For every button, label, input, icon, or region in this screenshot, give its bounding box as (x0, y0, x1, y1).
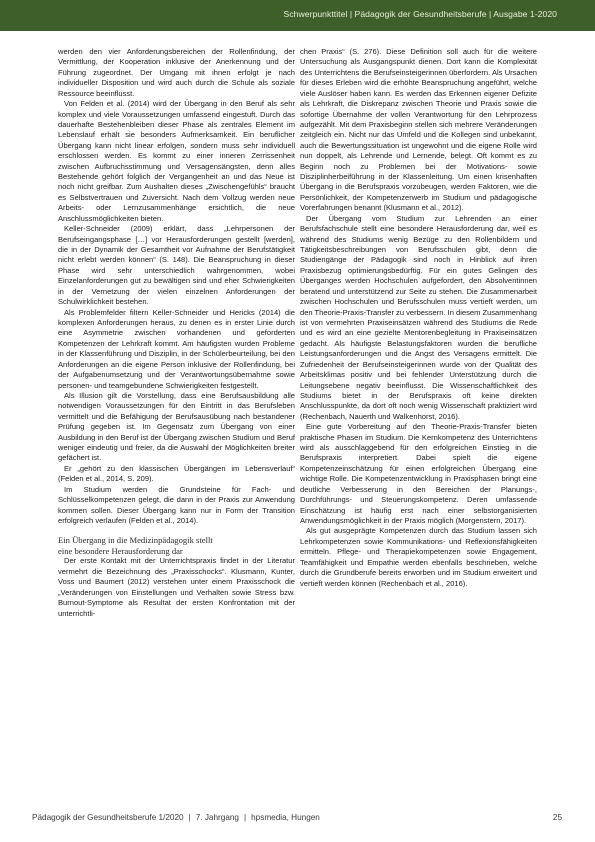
paragraph: Von Felden et al. (2014) wird der Überga… (58, 99, 295, 224)
footer-publisher: hpsmedia, Hungen (251, 813, 320, 822)
footer-separator: | (189, 813, 191, 822)
right-column: chen Praxis“ (S. 276). Diese Definition … (300, 47, 537, 589)
paragraph: Im Studium werden die Grundsteine für Fa… (58, 485, 295, 527)
running-header-title: Schwerpunkttitel | Pädagogik der Gesundh… (284, 9, 557, 19)
paragraph: Der erste Kontakt mit der Unterrichtspra… (58, 556, 295, 619)
left-column: werden den vier Anforderungsbereichen de… (58, 47, 295, 619)
subheading-line: eine besondere Herausforderung dar (58, 546, 295, 557)
paragraph: Als Illusion gilt die Vorstellung, dass … (58, 391, 295, 464)
paragraph: Als gut ausgeprägte Kompetenzen durch da… (300, 526, 537, 589)
paragraph: Der Übergang vom Studium zur Lehrenden a… (300, 214, 537, 422)
paragraph: Er „gehört zu den klassischen Übergängen… (58, 464, 295, 485)
paragraph: Eine gute Vorbereitung auf den Theorie-P… (300, 422, 537, 526)
paragraph: Als Problemfelder filtern Keller-Schneid… (58, 308, 295, 391)
paragraph: Keller-Schneider (2009) erklärt, dass „L… (58, 224, 295, 307)
paragraph: chen Praxis“ (S. 276). Diese Definition … (300, 47, 537, 214)
running-header-bar: Schwerpunkttitel | Pädagogik der Gesundh… (0, 0, 595, 31)
paragraph: werden den vier Anforderungsbereichen de… (58, 47, 295, 99)
page-number: 25 (553, 813, 562, 822)
section-subheading: Ein Übergang in die Medizinpädagogik ste… (58, 535, 295, 556)
footer-journal: Pädagogik der Gesundheitsberufe 1/2020 (32, 813, 184, 822)
footer-volume: 7. Jahrgang (196, 813, 239, 822)
subheading-line: Ein Übergang in die Medizinpädagogik ste… (58, 535, 295, 546)
page-footer: Pädagogik der Gesundheitsberufe 1/2020|7… (32, 813, 562, 822)
footer-separator: | (244, 813, 246, 822)
